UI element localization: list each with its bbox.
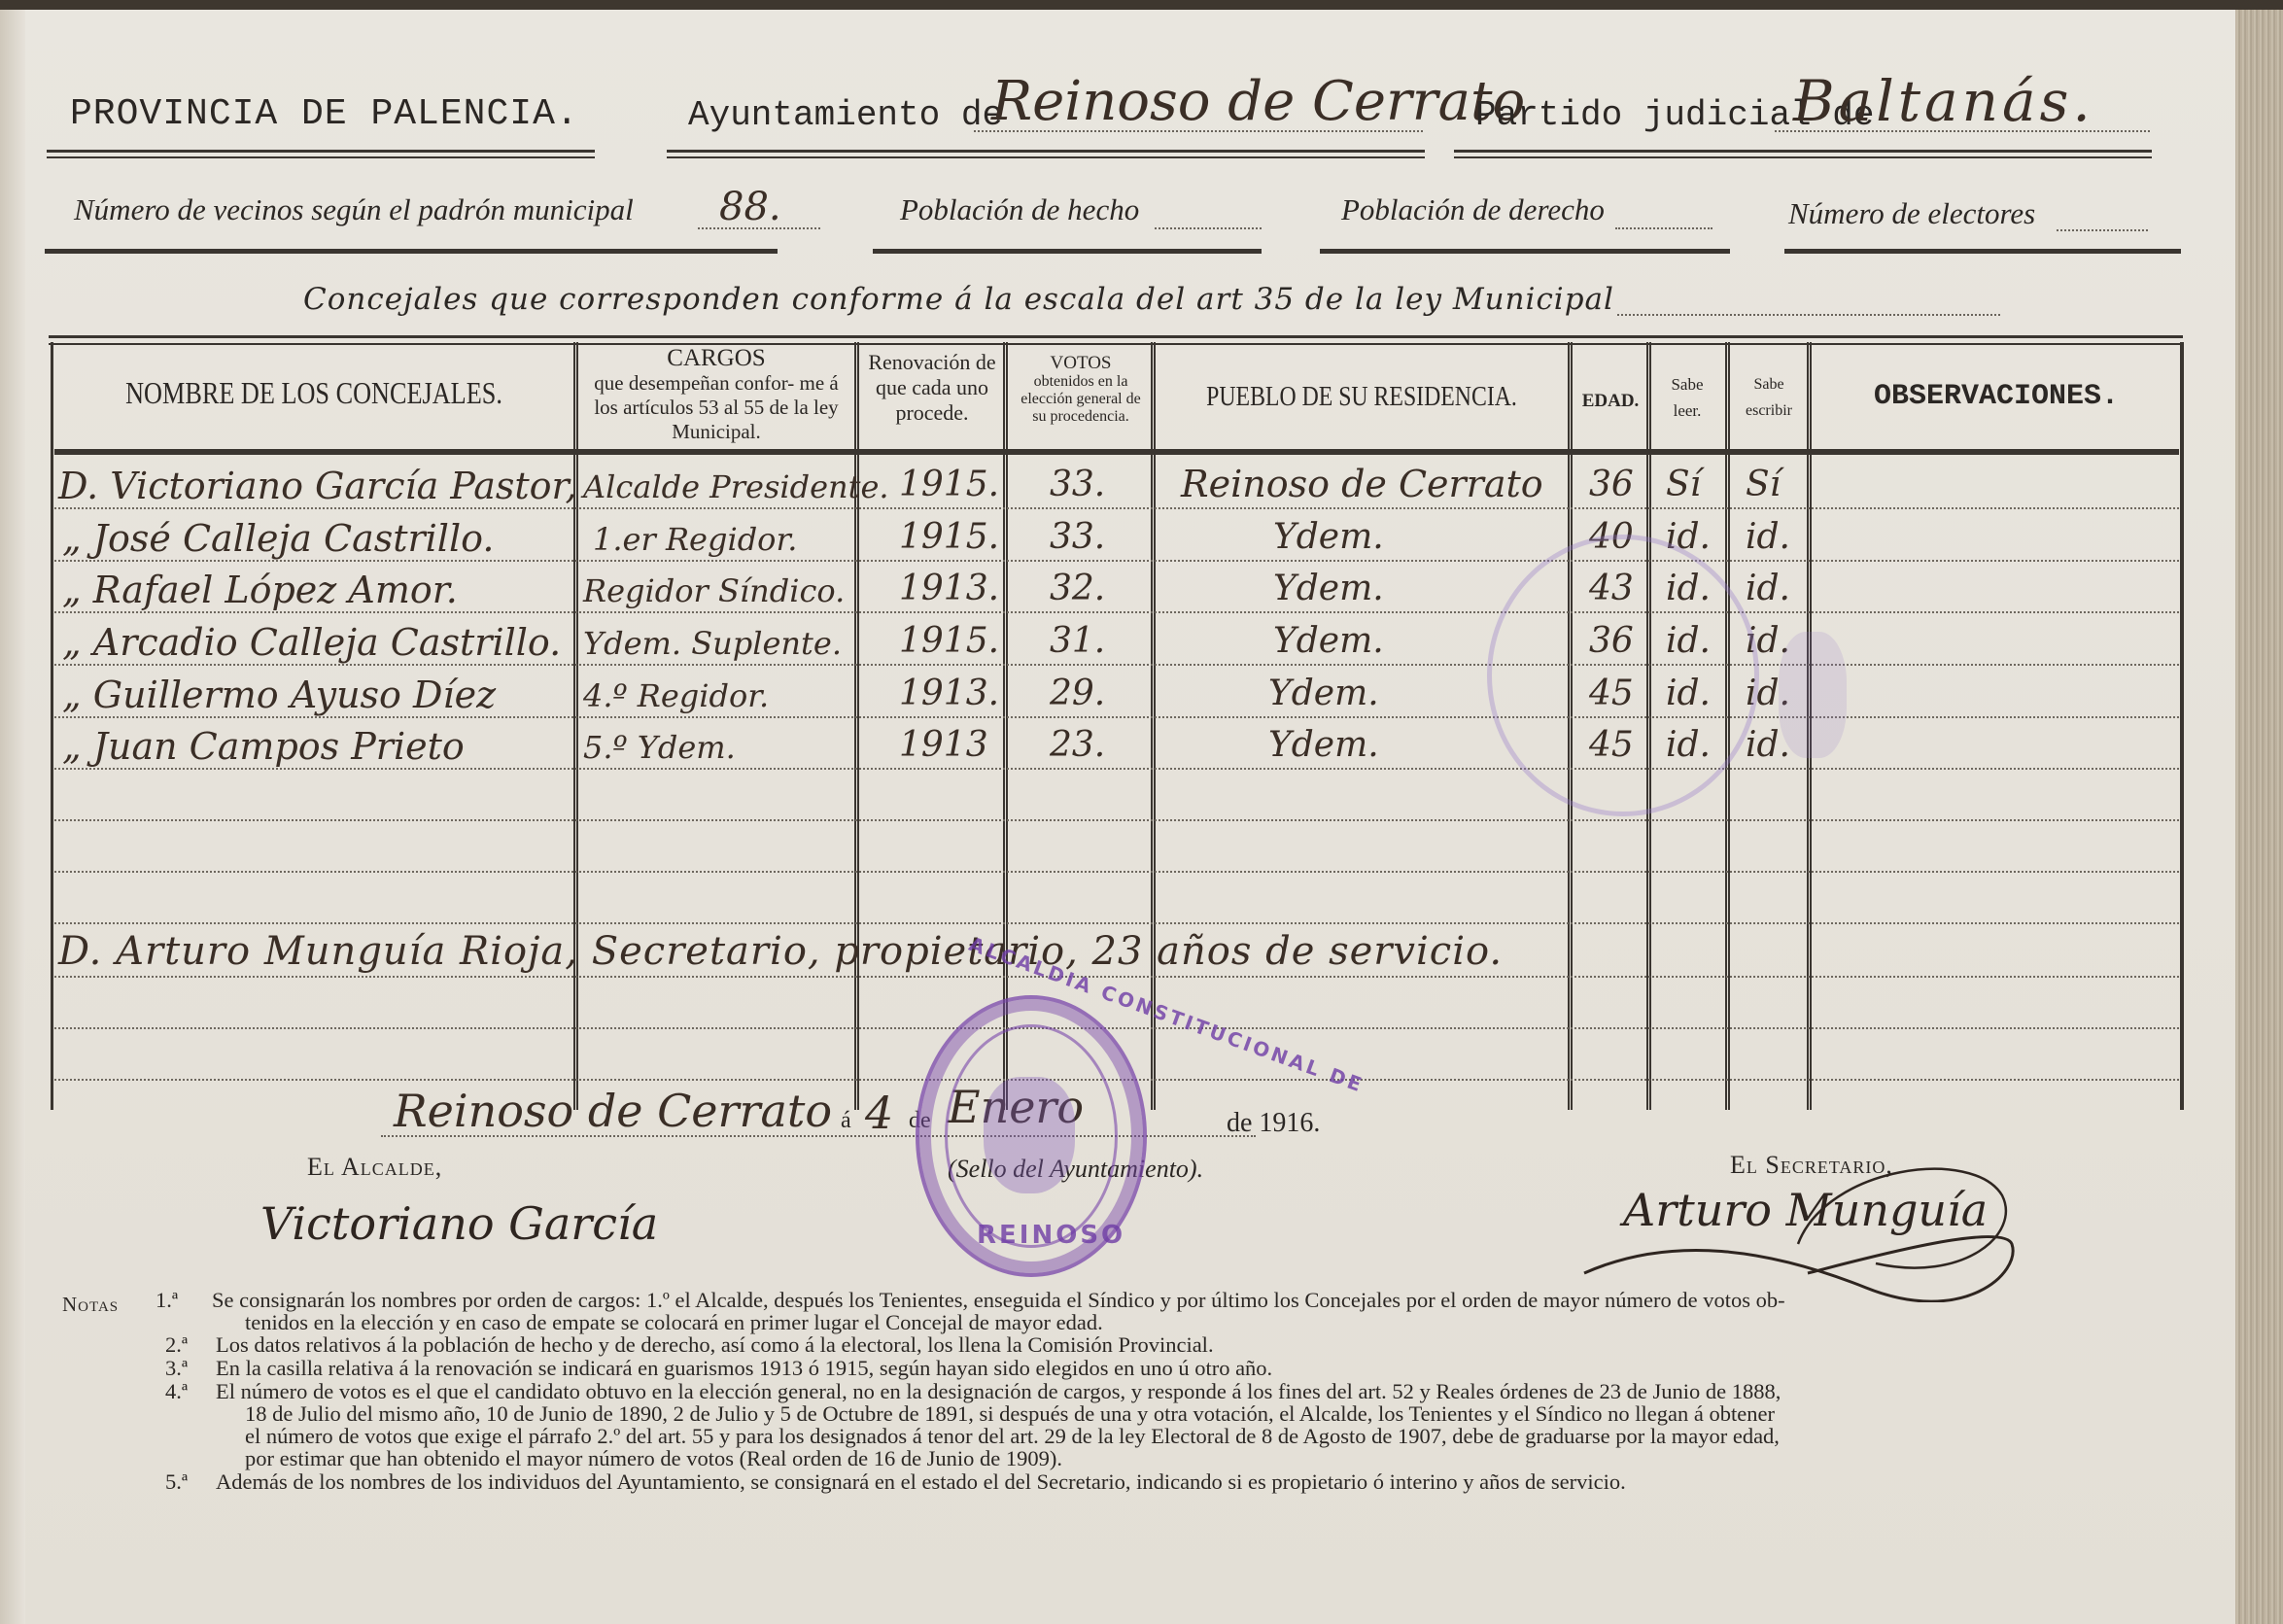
faint-stamp-icon (1487, 535, 1759, 816)
cell-votos: 33. (1050, 517, 1105, 557)
col-line (573, 342, 578, 1110)
cell-votos: 23. (1050, 725, 1105, 765)
cell-cargo: Regidor Síndico. (583, 572, 845, 609)
poblacion-derecho-field[interactable] (1615, 227, 1712, 229)
secretario-row: D. Arturo Munguía Rioja, Secretario, pro… (58, 929, 1503, 974)
header-observaciones: OBSERVACIONES. (1814, 382, 2179, 413)
row-line (54, 507, 2179, 509)
stamp-bottom-text: REINOSO (977, 1221, 1125, 1250)
note-text: 18 de Julio del mismo año, 10 de Junio d… (245, 1402, 1775, 1426)
cell-renovacion: 1915. (899, 621, 999, 661)
col-line (1003, 342, 1008, 1110)
concejales-field[interactable] (1617, 314, 2000, 316)
dateline-a: á (841, 1108, 851, 1134)
header-renovacion: Renovación de que cada uno procede. (861, 350, 1003, 426)
ayuntamiento-label: Ayuntamiento de (688, 95, 1003, 135)
col-line (2180, 342, 2184, 1110)
cell-nombre: „ José Calleja Castrillo. (62, 517, 494, 560)
cell-nombre: „ Guillermo Ayuso Díez (62, 674, 496, 716)
dateline-place: Reinoso de Cerrato (394, 1085, 832, 1137)
dateline-year: de 1916. (1227, 1108, 1320, 1139)
row-line (54, 560, 2179, 562)
header-nombre: NOMBRE DE LOS CONCEJALES. (101, 377, 527, 410)
ayuntamiento-value: Reinoso de Cerrato (991, 70, 1525, 133)
note-text: Además de los nombres de los individuos … (216, 1470, 1626, 1494)
note-text: El número de votos es el que el candidat… (216, 1380, 1781, 1403)
header-votos-title: VOTOS (1011, 354, 1151, 373)
stats-rule-1 (45, 249, 778, 254)
note-number: 1.ª (156, 1289, 178, 1312)
cell-renovacion: 1915. (899, 517, 999, 557)
cell-renovacion: 1913. (899, 674, 999, 713)
concejales-label: Concejales que corresponden conforme á l… (303, 282, 1614, 317)
cell-cargo: Ydem. Suplente. (583, 625, 842, 662)
cell-pueblo: Ydem. (1273, 517, 1384, 557)
table-top-rule (49, 335, 2183, 345)
note-number: 2.ª (165, 1333, 188, 1357)
header-sabe-escribir: Sabe escribir (1732, 371, 1806, 424)
cell-pueblo: Ydem. (1268, 674, 1379, 713)
row-line (54, 664, 2179, 666)
cell-sabe-escribir: id. (1746, 517, 1790, 557)
cell-votos: 33. (1050, 465, 1105, 504)
cell-nombre: D. Victoriano García Pastor, (58, 465, 577, 507)
book-page-edges (2235, 0, 2283, 1624)
cell-cargo: Alcalde Presidente. (583, 468, 889, 505)
header-votos: VOTOS obtenidos en la elección general d… (1011, 354, 1151, 426)
table-header-rule (54, 449, 2179, 455)
cell-sabe-escribir: id. (1746, 569, 1790, 608)
poblacion-derecho-label: Población de derecho (1341, 192, 1605, 227)
note-text: por estimar que han obtenido el mayor nú… (245, 1447, 1062, 1470)
note-number: 4.ª (165, 1380, 188, 1403)
row-line (54, 768, 2179, 770)
alcalde-label: El Alcalde, (307, 1153, 442, 1182)
col-line (51, 342, 53, 1110)
cell-sabe-escribir: Sí (1746, 465, 1781, 504)
note-text: el número de votos que exige el párrafo … (245, 1425, 1780, 1448)
stats-rule-3 (1320, 249, 1730, 254)
note-text: Los datos relativos á la población de he… (216, 1333, 1214, 1357)
header-cargos: CARGOS que desempeñan confor- me á los a… (579, 346, 853, 444)
row-line (54, 819, 2179, 821)
provincia-title: PROVINCIA DE PALENCIA. (70, 93, 579, 135)
electores-label: Número de electores (1788, 196, 2035, 231)
vecinos-label: Número de vecinos según el padrón munici… (74, 192, 634, 227)
cell-renovacion: 1913 (899, 725, 988, 765)
partido-value: Baltanás. (1793, 68, 2094, 134)
cell-votos: 29. (1050, 674, 1105, 713)
cell-nombre: „ Arcadio Calleja Castrillo. (62, 621, 561, 664)
note-text: Se consignarán los nombres por orden de … (212, 1289, 1785, 1312)
dateline-day: 4 (865, 1087, 893, 1139)
notes-label: Notas (62, 1293, 119, 1316)
header-rule-1 (47, 150, 595, 158)
header-cargos-title: CARGOS (579, 346, 853, 371)
col-line (1151, 342, 1156, 1110)
cell-sabe-leer: Sí (1666, 465, 1701, 504)
row-line (54, 611, 2179, 613)
cell-pueblo: Ydem. (1273, 621, 1384, 661)
stats-rule-4 (1784, 249, 2181, 254)
document-page: PROVINCIA DE PALENCIA. Ayuntamiento de R… (0, 0, 2235, 1624)
page-shadow (0, 0, 25, 1624)
row-line (54, 976, 2179, 978)
book-top-edge (0, 0, 2283, 10)
cell-votos: 31. (1050, 621, 1105, 661)
header-pueblo: PUEBLO DE SU RESIDENCIA. (1193, 382, 1530, 411)
row-line (54, 716, 2179, 718)
cell-pueblo: Ydem. (1268, 725, 1379, 765)
row-line (54, 922, 2179, 924)
note-text: En la casilla relativa á la renovación s… (216, 1357, 1272, 1380)
poblacion-hecho-label: Población de hecho (900, 192, 1139, 227)
cell-nombre: „ Juan Campos Prieto (62, 725, 465, 768)
note-text: tenidos en la elección y en caso de empa… (245, 1311, 1103, 1334)
cell-votos: 32. (1050, 569, 1105, 608)
cell-pueblo: Ydem. (1273, 569, 1384, 608)
vecinos-value: 88. (719, 185, 781, 229)
header-cargos-sub: que desempeñan confor- me á los artículo… (579, 371, 853, 444)
note-number: 3.ª (165, 1357, 188, 1380)
header-rule-2 (667, 150, 1425, 158)
row-line (54, 871, 2179, 873)
header-sabe-leer: Sabe leer. (1660, 371, 1714, 424)
cell-cargo: 1.er Regidor. (593, 521, 797, 558)
cell-renovacion: 1915. (899, 465, 999, 504)
cell-renovacion: 1913. (899, 569, 999, 608)
poblacion-hecho-field[interactable] (1155, 227, 1262, 229)
cell-edad: 36 (1589, 465, 1634, 504)
faint-stamp-blot-icon (1779, 632, 1847, 758)
stats-rule-2 (873, 249, 1262, 254)
header-edad: EDAD. (1574, 392, 1646, 411)
note-number: 5.ª (165, 1470, 188, 1494)
coat-of-arms-icon (984, 1077, 1075, 1193)
col-line (854, 342, 859, 1110)
header-votos-sub: obtenidos en la elección general de su p… (1011, 373, 1151, 426)
row-line (54, 1027, 2179, 1029)
signature-flourish-icon (1555, 1127, 2060, 1302)
header-rule-3 (1454, 150, 2152, 158)
electores-field[interactable] (2057, 229, 2148, 231)
alcalde-signature: Victoriano García (260, 1197, 658, 1250)
cell-nombre: „ Rafael López Amor. (62, 569, 458, 611)
cell-cargo: 5.º Ydem. (583, 729, 736, 766)
cell-pueblo: Reinoso de Cerrato (1181, 463, 1543, 505)
cell-cargo: 4.º Regidor. (583, 677, 769, 714)
